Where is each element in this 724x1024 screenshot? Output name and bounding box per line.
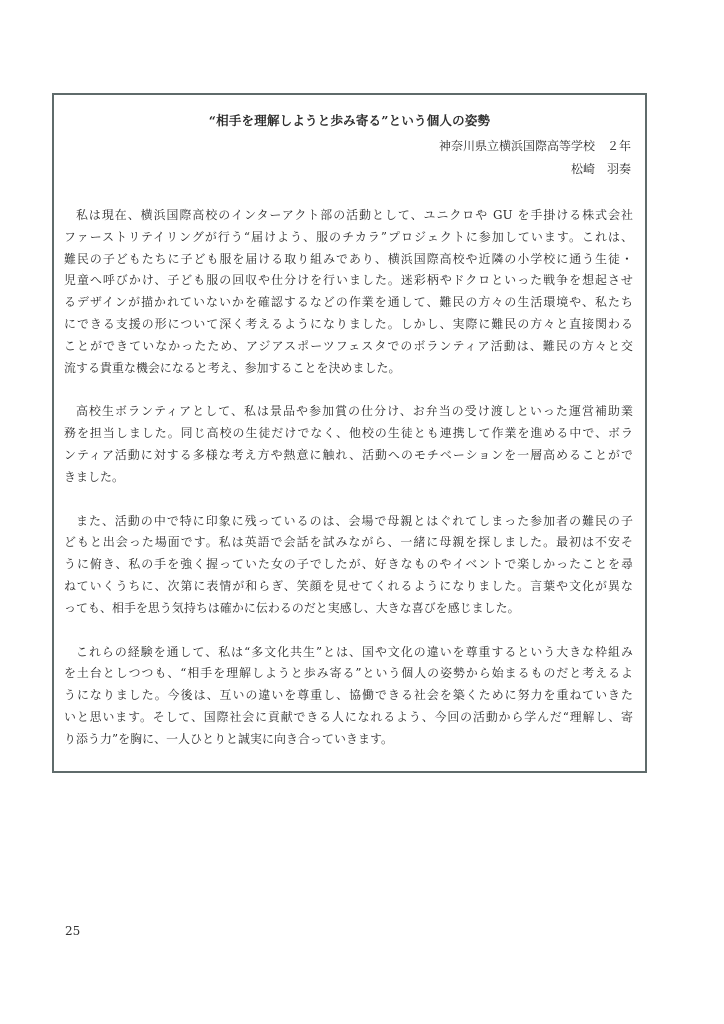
- text-line: また、活動の中で特に印象に残っているのは、会場で母親とはぐれてしまった参加者の難…: [64, 511, 633, 533]
- essay-title: “相手を理解しようと歩み寄る”という個人の姿勢: [54, 111, 645, 129]
- paragraph-3: また、活動の中で特に印象に残っているのは、会場で母親とはぐれてしまった参加者の難…: [64, 511, 633, 620]
- text-line: 私は現在、横浜国際高校のインターアクト部の活動として、ユニクロや GU を手掛け…: [64, 205, 633, 227]
- text-line: ねていくうちに、次第に表情が和らぎ、笑顔を見せてくれるようになりました。言葉や文…: [64, 576, 633, 598]
- text-line: 児童へ呼びかけ、子ども服の回収や仕分けを行いました。迷彩柄やドクロといった戦争を…: [64, 270, 633, 292]
- paragraph-2: 高校生ボランティアとして、私は景品や参加賞の仕分け、お弁当の受け渡しといった運営…: [64, 401, 633, 488]
- essay-body: 私は現在、横浜国際高校のインターアクト部の活動として、ユニクロや GU を手掛け…: [64, 205, 633, 773]
- text-line: これらの経験を通して、私は“多文化共生”とは、国や文化の違いを尊重するという大き…: [64, 642, 633, 664]
- text-line: 務を担当しました。同じ高校の生徒だけでなく、他校の生徒とも連携して作業を進める中…: [64, 423, 633, 445]
- text-line: ことができていなかったため、アジアスポーツフェスタでのボランティア活動は、難民の…: [64, 336, 633, 358]
- text-line: ンティア活動に対する多様な考え方や熱意に触れ、活動へのモチベーションを一層高める…: [64, 445, 633, 467]
- text-line: 流する貴重な機会になると考え、参加することを決めました。: [64, 358, 633, 380]
- text-line: っても、相手を思う気持ちは確かに伝わるのだと実感し、大きな喜びを感じました。: [64, 598, 633, 620]
- text-line: にできる支援の形について深く考えるようになりました。しかし、実際に難民の方々と直…: [64, 314, 633, 336]
- essay-frame: “相手を理解しようと歩み寄る”という個人の姿勢 神奈川県立横浜国際高等学校 ２年…: [52, 93, 647, 773]
- text-line: 難民の子どもたちに子ども服を届ける取り組みであり、横浜国際高校や近隣の小学校に通…: [64, 249, 633, 271]
- text-line: どもと出会った場面です。私は英語で会話を試みながら、一緒に母親を探しました。最初…: [64, 532, 633, 554]
- text-line: うになりました。今後は、互いの違いを尊重し、協働できる社会を築くために努力を重ね…: [64, 685, 633, 707]
- text-line: うに俯き、私の手を強く握っていた女の子でしたが、好きなものやイベントで楽しかった…: [64, 554, 633, 576]
- author-name: 松崎 羽奏: [571, 160, 631, 177]
- text-line: るデザインが描かれていないかを確認するなどの作業を通して、難民の方々の生活環境や…: [64, 292, 633, 314]
- school-name: 神奈川県立横浜国際高等学校 ２年: [439, 137, 631, 154]
- paragraph-4: これらの経験を通して、私は“多文化共生”とは、国や文化の違いを尊重するという大き…: [64, 642, 633, 751]
- paragraph-1: 私は現在、横浜国際高校のインターアクト部の活動として、ユニクロや GU を手掛け…: [64, 205, 633, 379]
- text-line: 高校生ボランティアとして、私は景品や参加賞の仕分け、お弁当の受け渡しといった運営…: [64, 401, 633, 423]
- text-line: を土台としつつも、“相手を理解しようと歩み寄る”という個人の姿勢から始まるものだ…: [64, 663, 633, 685]
- text-line: ファーストリテイリングが行う“届けよう、服のチカラ”プロジェクトに参加しています…: [64, 227, 633, 249]
- text-line: いと思います。そして、国際社会に貢献できる人になれるよう、今回の活動から学んだ“…: [64, 707, 633, 729]
- page-number: 25: [65, 924, 80, 938]
- text-line: きました。: [64, 467, 633, 489]
- text-line: り添う力”を胸に、一人ひとりと誠実に向き合っていきます。: [64, 729, 633, 751]
